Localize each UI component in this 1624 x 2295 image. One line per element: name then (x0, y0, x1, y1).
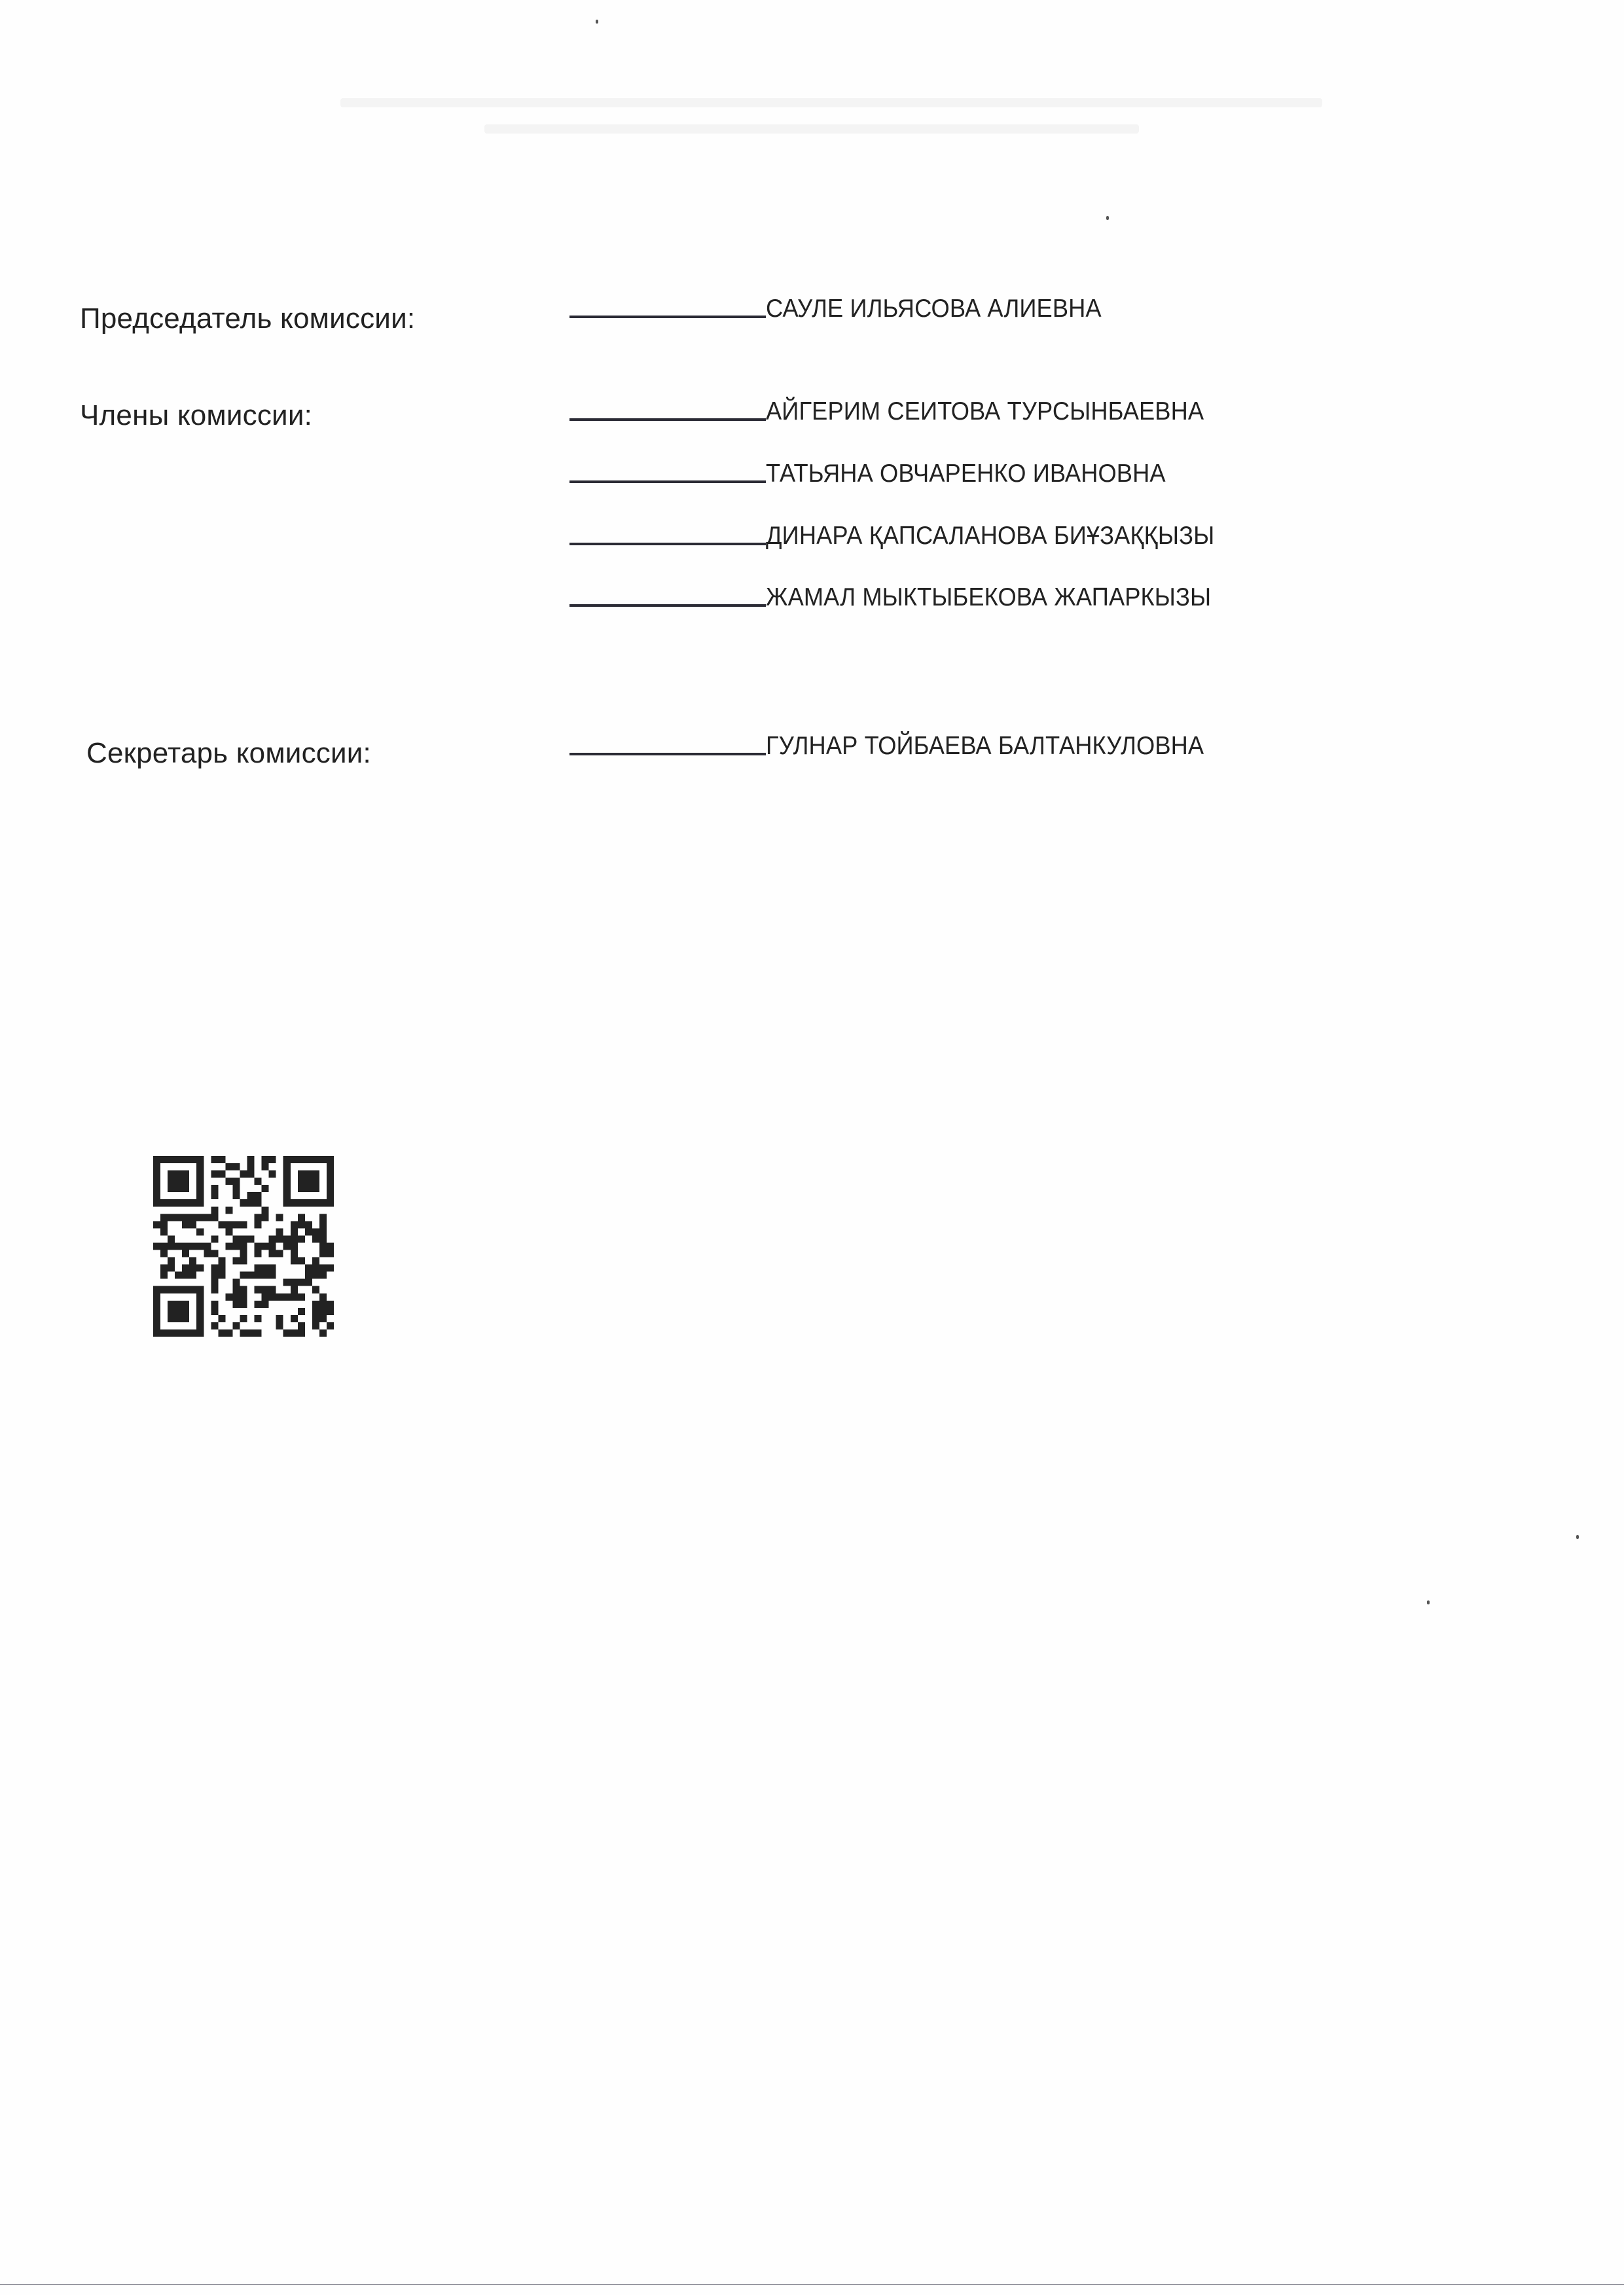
chairman-name: САУЛЕ ИЛЬЯСОВА АЛИЕВНА (766, 295, 1102, 323)
member-signature-row: АЙГЕРИМ СЕИТОВА ТУРСЫНБАЕВНА (569, 397, 1237, 426)
member-signature-row: ЖАМАЛ МЫКТЫБЕКОВА ЖАПАРКЫЗЫ (569, 583, 1244, 612)
scan-speck (1106, 216, 1109, 220)
qr-code-icon (153, 1156, 334, 1337)
chairman-label: Председатель комиссии: (80, 302, 415, 335)
member-signature-row: ТАТЬЯНА ОВЧАРЕНКО ИВАНОВНА (569, 460, 1196, 488)
member-name: ТАТЬЯНА ОВЧАРЕНКО ИВАНОВНА (766, 460, 1166, 488)
secretary-label: Секретарь комиссии: (86, 737, 371, 770)
bleed-through-text (340, 98, 1322, 107)
members-label: Члены комиссии: (80, 399, 312, 432)
scan-speck (1427, 1600, 1430, 1604)
document-page: Председатель комиссии: САУЛЕ ИЛЬЯСОВА АЛ… (0, 0, 1624, 2295)
signature-line (569, 543, 766, 545)
scan-speck (596, 20, 598, 24)
scan-edge-line (0, 2284, 1624, 2285)
signature-line (569, 316, 766, 318)
scan-speck (1576, 1535, 1579, 1539)
signature-line (569, 604, 766, 607)
member-name: ДИНАРА ҚАПСАЛАНОВА БИҰЗАҚҚЫЗЫ (766, 522, 1214, 551)
member-name: АЙГЕРИМ СЕИТОВА ТУРСЫНБАЕВНА (766, 397, 1204, 426)
signature-line (569, 480, 766, 483)
secretary-name: ГУЛНАР ТОЙБАЕВА БАЛТАНКУЛОВНА (766, 732, 1204, 761)
chairman-signature-row: САУЛЕ ИЛЬЯСОВА АЛИЕВНА (569, 295, 1127, 323)
member-name: ЖАМАЛ МЫКТЫБЕКОВА ЖАПАРКЫЗЫ (766, 583, 1211, 612)
member-signature-row: ДИНАРА ҚАПСАЛАНОВА БИҰЗАҚҚЫЗЫ (569, 522, 1248, 551)
bleed-through-text (484, 124, 1139, 134)
secretary-signature-row: ГУЛНАР ТОЙБАЕВА БАЛТАНКУЛОВНА (569, 732, 1237, 761)
signature-line (569, 753, 766, 755)
signature-line (569, 418, 766, 421)
